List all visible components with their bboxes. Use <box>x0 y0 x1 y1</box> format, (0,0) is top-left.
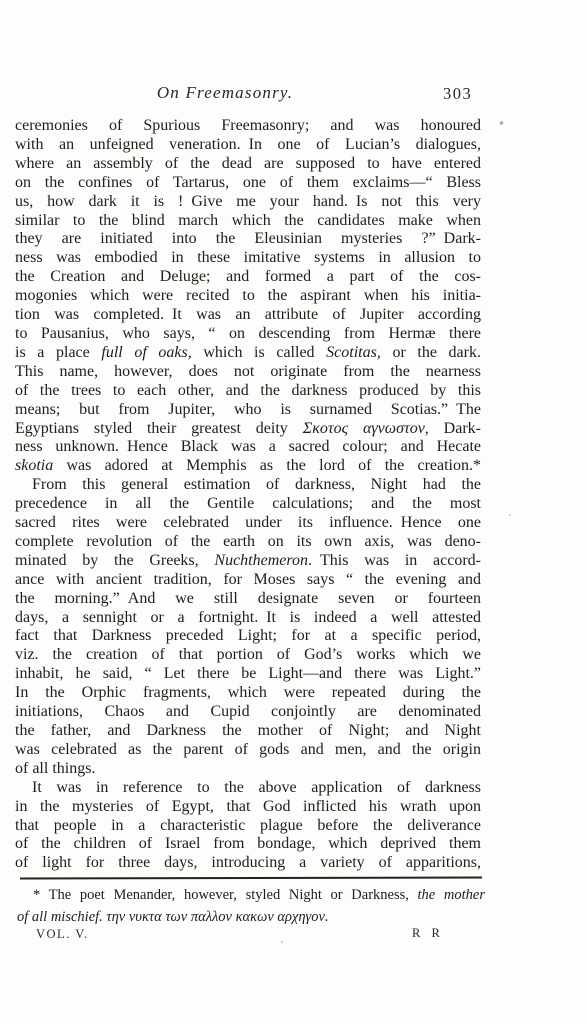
text-line: minated by the Greeks, Nuchthemeron. Thi… <box>15 552 481 571</box>
text-segment: This name, however, does not originate f… <box>15 363 481 380</box>
italic-text-segment: skotia <box>15 457 53 474</box>
text-segment: days, a sennight or a fortnight. It is i… <box>15 609 481 626</box>
text-line: skotia was adored at Memphis as the lord… <box>15 457 481 476</box>
footnote-divider <box>20 877 482 880</box>
text-line: ness was embodied in these imitative sys… <box>15 249 481 268</box>
text-segment: minated by the Greeks, <box>15 552 214 569</box>
text-line: days, a sennight or a fortnight. It is i… <box>15 609 481 628</box>
text-segment: means; but from Jupiter, who is surnamed… <box>15 401 481 418</box>
text-line: inhabit, he said, “ Let there be Light—a… <box>15 665 481 684</box>
text-segment: the Creation and Deluge; and formed a pa… <box>15 268 481 285</box>
text-segment: that people in a characteristic plague b… <box>15 817 481 834</box>
text-segment: ness was embodied in these imitative sys… <box>15 249 481 266</box>
text-line: Egyptians styled their greatest deity Σκ… <box>15 420 481 439</box>
text-line: ance with ancient tradition, for Moses s… <box>15 571 481 590</box>
text-line: to Pausanius, who says, “ on descending … <box>15 325 481 344</box>
text-segment: with an unfeigned veneration. In one of … <box>15 136 481 153</box>
text-line: is a place full of oaks, which is called… <box>15 344 481 363</box>
text-line: on the confines of Tartarus, one of them… <box>15 174 481 193</box>
text-segment: the father, and Darkness the mother of N… <box>15 722 481 739</box>
text-segment: us, how dark it is ! Give me your hand. … <box>15 193 481 210</box>
text-segment: sacred rites were celebrated under its i… <box>15 514 481 531</box>
text-line: complete revolution of the earth on its … <box>15 533 481 552</box>
text-segment: is a place <box>15 344 101 361</box>
text-segment: , Dark- <box>425 420 481 437</box>
text-segment: precedence in all the Gentile calculatio… <box>15 495 481 512</box>
text-line: In the Orphic fragments, which were repe… <box>15 684 481 703</box>
footer-signature-mark: R R <box>412 926 444 941</box>
text-line: in the mysteries of Egypt, that God infl… <box>15 798 481 817</box>
scan-speck <box>281 941 283 943</box>
text-segment: inhabit, he said, “ Let there be Light—a… <box>15 665 481 682</box>
italic-text-segment: the mother <box>418 887 485 903</box>
text-line: of all mischief. την νυκτα των παλλον κα… <box>17 907 485 929</box>
text-line: mogonies which were recited to the aspir… <box>15 287 481 306</box>
text-segment: which is called <box>192 344 326 361</box>
text-segment: complete revolution of the earth on its … <box>15 533 481 550</box>
text-line: sacred rites were celebrated under its i… <box>15 514 481 533</box>
scanned-book-page: On Freemasonry. 303 ceremonies of Spurio… <box>0 0 587 1024</box>
italic-text-segment: Σκοτος αγνωστον <box>303 420 425 437</box>
text-line: viz. the creation of that portion of God… <box>15 646 481 665</box>
text-segment: of light for three days, introducing a v… <box>15 854 481 871</box>
text-segment: initiations, Chaos and Cupid conjointly … <box>15 703 481 720</box>
running-header-title: On Freemasonry. <box>120 83 330 103</box>
scan-speck <box>509 514 511 516</box>
text-line: they are initiated into the Eleusinian m… <box>15 230 481 249</box>
text-segment: was adored at Memphis as the lord of the… <box>53 457 481 474</box>
italic-text-segment: Nuchthemeron <box>214 552 308 569</box>
text-line: of all things. <box>15 760 481 779</box>
text-line: that people in a characteristic plague b… <box>15 817 481 836</box>
text-segment: In the Orphic fragments, which were repe… <box>15 684 481 701</box>
text-line: the Creation and Deluge; and formed a pa… <box>15 268 481 287</box>
footnote-block: * The poet Menander, however, styled Nig… <box>17 885 485 928</box>
text-line: ceremonies of Spurious Freemasonry; and … <box>15 117 481 136</box>
text-line: the morning.” And we still designate sev… <box>15 590 481 609</box>
text-line: of the children of Israel from bondage, … <box>15 835 481 854</box>
text-segment: ceremonies of Spurious Freemasonry; and … <box>15 117 481 134</box>
text-segment: the morning.” And we still designate sev… <box>15 590 481 607</box>
text-segment: It was in reference to the above applica… <box>32 779 481 796</box>
text-line: tion was completed. It was an attribute … <box>15 306 481 325</box>
text-line: * The poet Menander, however, styled Nig… <box>17 885 485 907</box>
text-line: with an unfeigned veneration. In one of … <box>15 136 481 155</box>
text-line: It was in reference to the above applica… <box>15 779 481 798</box>
text-line: precedence in all the Gentile calculatio… <box>15 495 481 514</box>
text-segment: ness unknown. Hence Black was a sacred c… <box>15 438 481 455</box>
text-line: fact that Darkness preceded Light; for a… <box>15 627 481 646</box>
page-number: 303 <box>443 84 483 104</box>
text-segment: of all things. <box>15 760 95 777</box>
text-segment: tion was completed. It was an attribute … <box>15 306 481 323</box>
text-segment: mogonies which were recited to the aspir… <box>15 287 481 304</box>
text-line: of light for three days, introducing a v… <box>15 854 481 873</box>
italic-text-segment: Scotitas, <box>326 344 381 361</box>
text-line: ness unknown. Hence Black was a sacred c… <box>15 438 481 457</box>
text-line: From this general estimation of darkness… <box>15 476 481 495</box>
scan-speck <box>499 121 504 126</box>
text-segment: of the children of Israel from bondage, … <box>15 835 481 852</box>
text-segment: was celebrated as the parent of gods and… <box>15 741 481 758</box>
text-segment: of the trees to each other, and the dark… <box>15 382 481 399</box>
text-segment: viz. the creation of that portion of God… <box>15 646 481 663</box>
text-segment: Egyptians styled their greatest deity <box>15 420 303 437</box>
text-segment: fact that Darkness preceded Light; for a… <box>15 627 481 644</box>
footer-volume-label: VOL. V. <box>36 927 89 942</box>
text-segment: From this general estimation of darkness… <box>32 476 481 493</box>
text-segment: where an assembly of the dead are suppos… <box>15 155 481 172</box>
text-line: means; but from Jupiter, who is surnamed… <box>15 401 481 420</box>
italic-text-segment: την νυκτα των παλλον κακων αρχηγον. <box>103 909 329 925</box>
body-text-block: ceremonies of Spurious Freemasonry; and … <box>15 117 481 873</box>
text-segment: in the mysteries of Egypt, that God infl… <box>15 798 481 815</box>
text-segment: they are initiated into the Eleusinian m… <box>15 230 481 247</box>
text-segment: on the confines of Tartarus, one of them… <box>15 174 481 191</box>
text-line: initiations, Chaos and Cupid conjointly … <box>15 703 481 722</box>
text-line: This name, however, does not originate f… <box>15 363 481 382</box>
italic-text-segment: full of oaks, <box>101 344 191 361</box>
text-line: of the trees to each other, and the dark… <box>15 382 481 401</box>
text-line: us, how dark it is ! Give me your hand. … <box>15 193 481 212</box>
text-line: was celebrated as the parent of gods and… <box>15 741 481 760</box>
text-segment: ance with ancient tradition, for Moses s… <box>15 571 481 588</box>
text-line: similar to the blind march which the can… <box>15 212 481 231</box>
text-segment: similar to the blind march which the can… <box>15 212 481 229</box>
text-segment: or the dark. <box>381 344 481 361</box>
text-line: where an assembly of the dead are suppos… <box>15 155 481 174</box>
text-segment: * The poet Menander, however, styled Nig… <box>33 887 418 903</box>
text-segment: . This was in accord- <box>308 552 481 569</box>
text-line: the father, and Darkness the mother of N… <box>15 722 481 741</box>
italic-text-segment: of all mischief. <box>17 909 103 925</box>
text-segment: to Pausanius, who says, “ on descending … <box>15 325 481 342</box>
